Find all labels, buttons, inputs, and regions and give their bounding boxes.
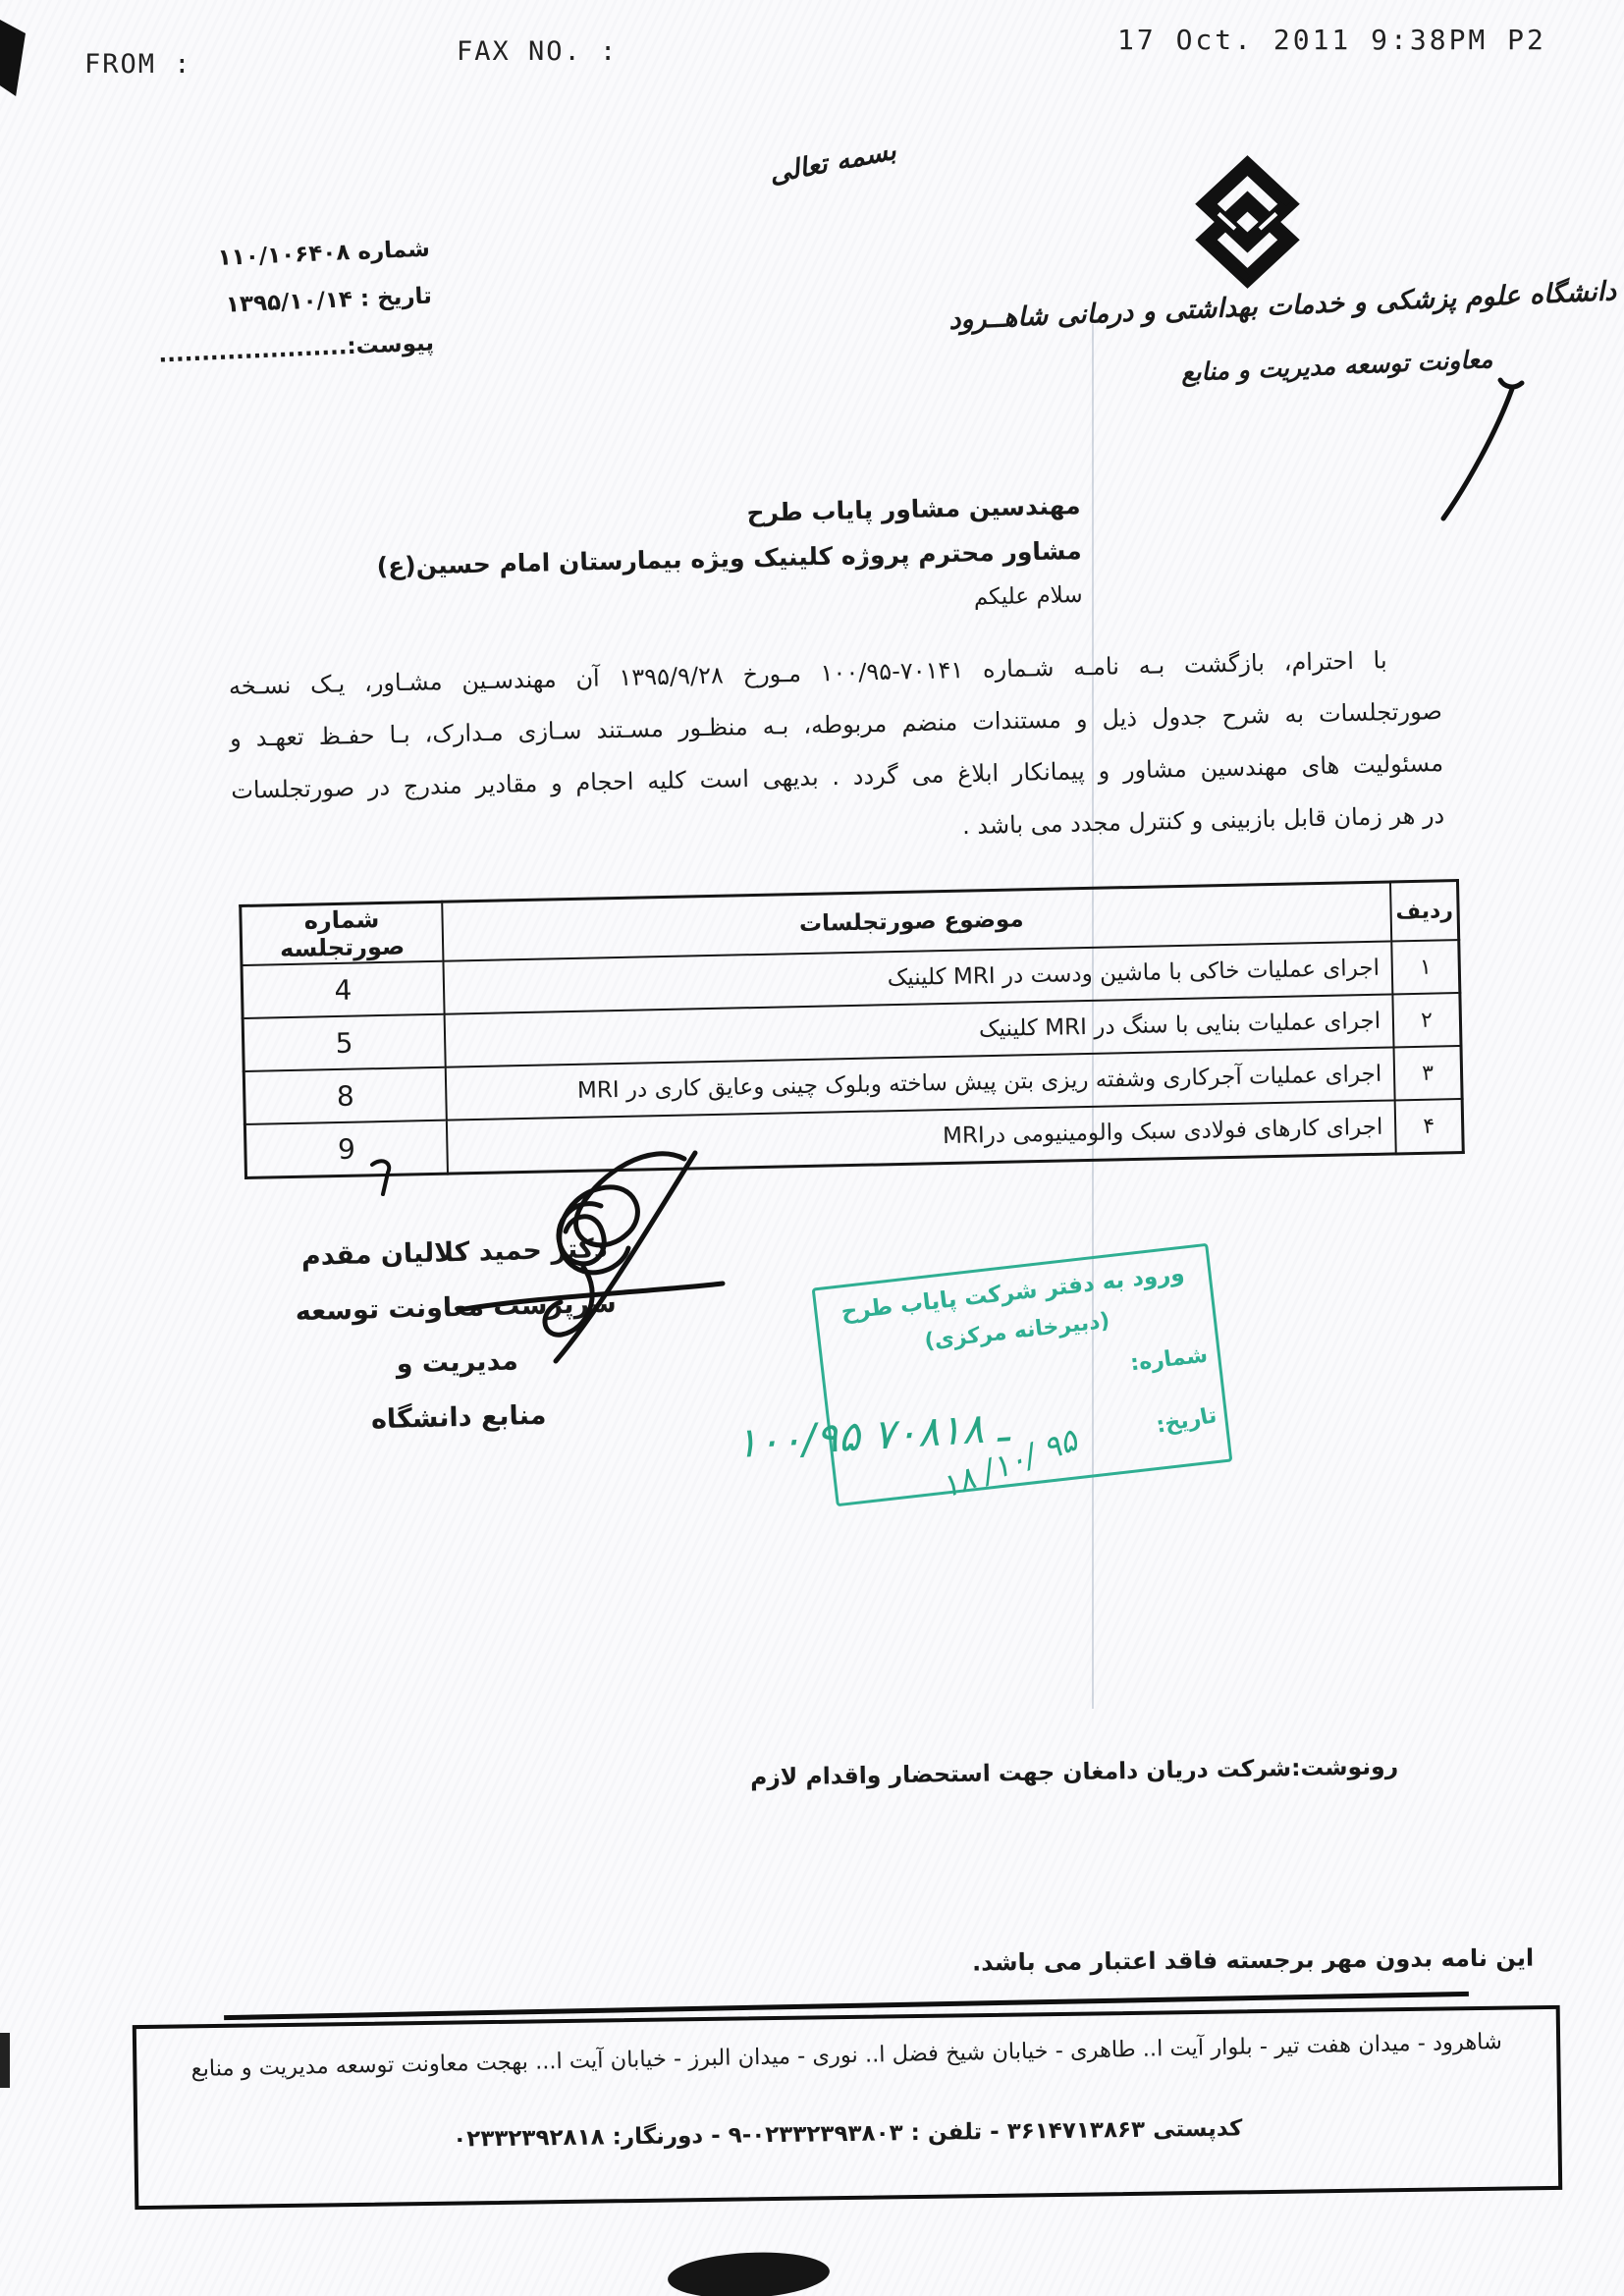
recipient-block: مهندسین مشاور پایاب طرح مشاور محترم پروژ… <box>375 483 1083 632</box>
row1-index: ۱ <box>1391 940 1459 994</box>
company-receipt-stamp: ورود به دفتر شرکت پایاب طرح (دبیرخانه مر… <box>812 1243 1233 1507</box>
row3-number: 8 <box>244 1067 447 1124</box>
header-row-number: ردیف <box>1390 881 1459 942</box>
fax-document-page: FROM : FAX NO. : 17 Oct. 2011 9:38PM P2 … <box>0 0 1624 2296</box>
handwritten-signature <box>454 1137 738 1387</box>
footer-address: شاهرود - میدان هفت تیر - بلوار آیت ا.. ط… <box>156 2028 1537 2082</box>
stamp-number-label: شماره: <box>1129 1343 1209 1377</box>
reference-block: شماره ۱۱۰/۱۰۶۴۰۸ تاریخ : ۱۳۹۵/۱۰/۱۴ پیوس… <box>135 226 435 380</box>
validity-note: این نامه بدون مهر برجسته فاقد اعتبار می … <box>972 1944 1534 1977</box>
header-minutes-number: شماره صورتجلسه <box>241 902 444 965</box>
row2-index: ۲ <box>1393 993 1461 1047</box>
university-knot-emblem-icon <box>1176 153 1319 295</box>
row3-index: ۳ <box>1394 1046 1462 1100</box>
footer-contact: کدپستی ۳۶۱۴۷۱۳۸۶۳ - تلفن : ۰۲۳۳۲۳۹۳۸۰۳-۹… <box>157 2111 1538 2157</box>
footer-address-box: شاهرود - میدان هفت تیر - بلوار آیت ا.. ط… <box>133 2005 1562 2210</box>
fax-number-label: FAX NO. : <box>457 36 618 67</box>
fax-from-label: FROM : <box>84 49 192 80</box>
scan-corner-artifact <box>0 20 26 96</box>
row4-number: 9 <box>244 1121 448 1178</box>
stamp-date-label: تاریخ: <box>1155 1403 1219 1439</box>
row2-number: 5 <box>243 1014 446 1071</box>
fax-datetime-stamp: 17 Oct. 2011 9:38PM P2 <box>1117 24 1546 56</box>
scan-ink-blob <box>667 2249 831 2296</box>
signatory-title-line2: منابع دانشگاه <box>252 1385 666 1450</box>
handwritten-checkmark <box>1435 375 1534 526</box>
letter-body: با احترام، بازگشت بـه نامـه شـماره ۷۰۱۴۱… <box>228 633 1444 869</box>
row4-index: ۴ <box>1395 1099 1463 1154</box>
row1-number: 4 <box>242 961 445 1018</box>
handwritten-tick <box>365 1155 401 1206</box>
minutes-table: ردیف موضوع صورتجلسات شماره صورتجلسه ۱ اج… <box>239 879 1465 1179</box>
bismillah-text: بسمه تعالی <box>743 131 923 194</box>
cc-line: رونوشت:شرکت دریان دامغان جهت استحضار واق… <box>750 1752 1399 1791</box>
scan-edge-mark <box>0 2033 10 2088</box>
